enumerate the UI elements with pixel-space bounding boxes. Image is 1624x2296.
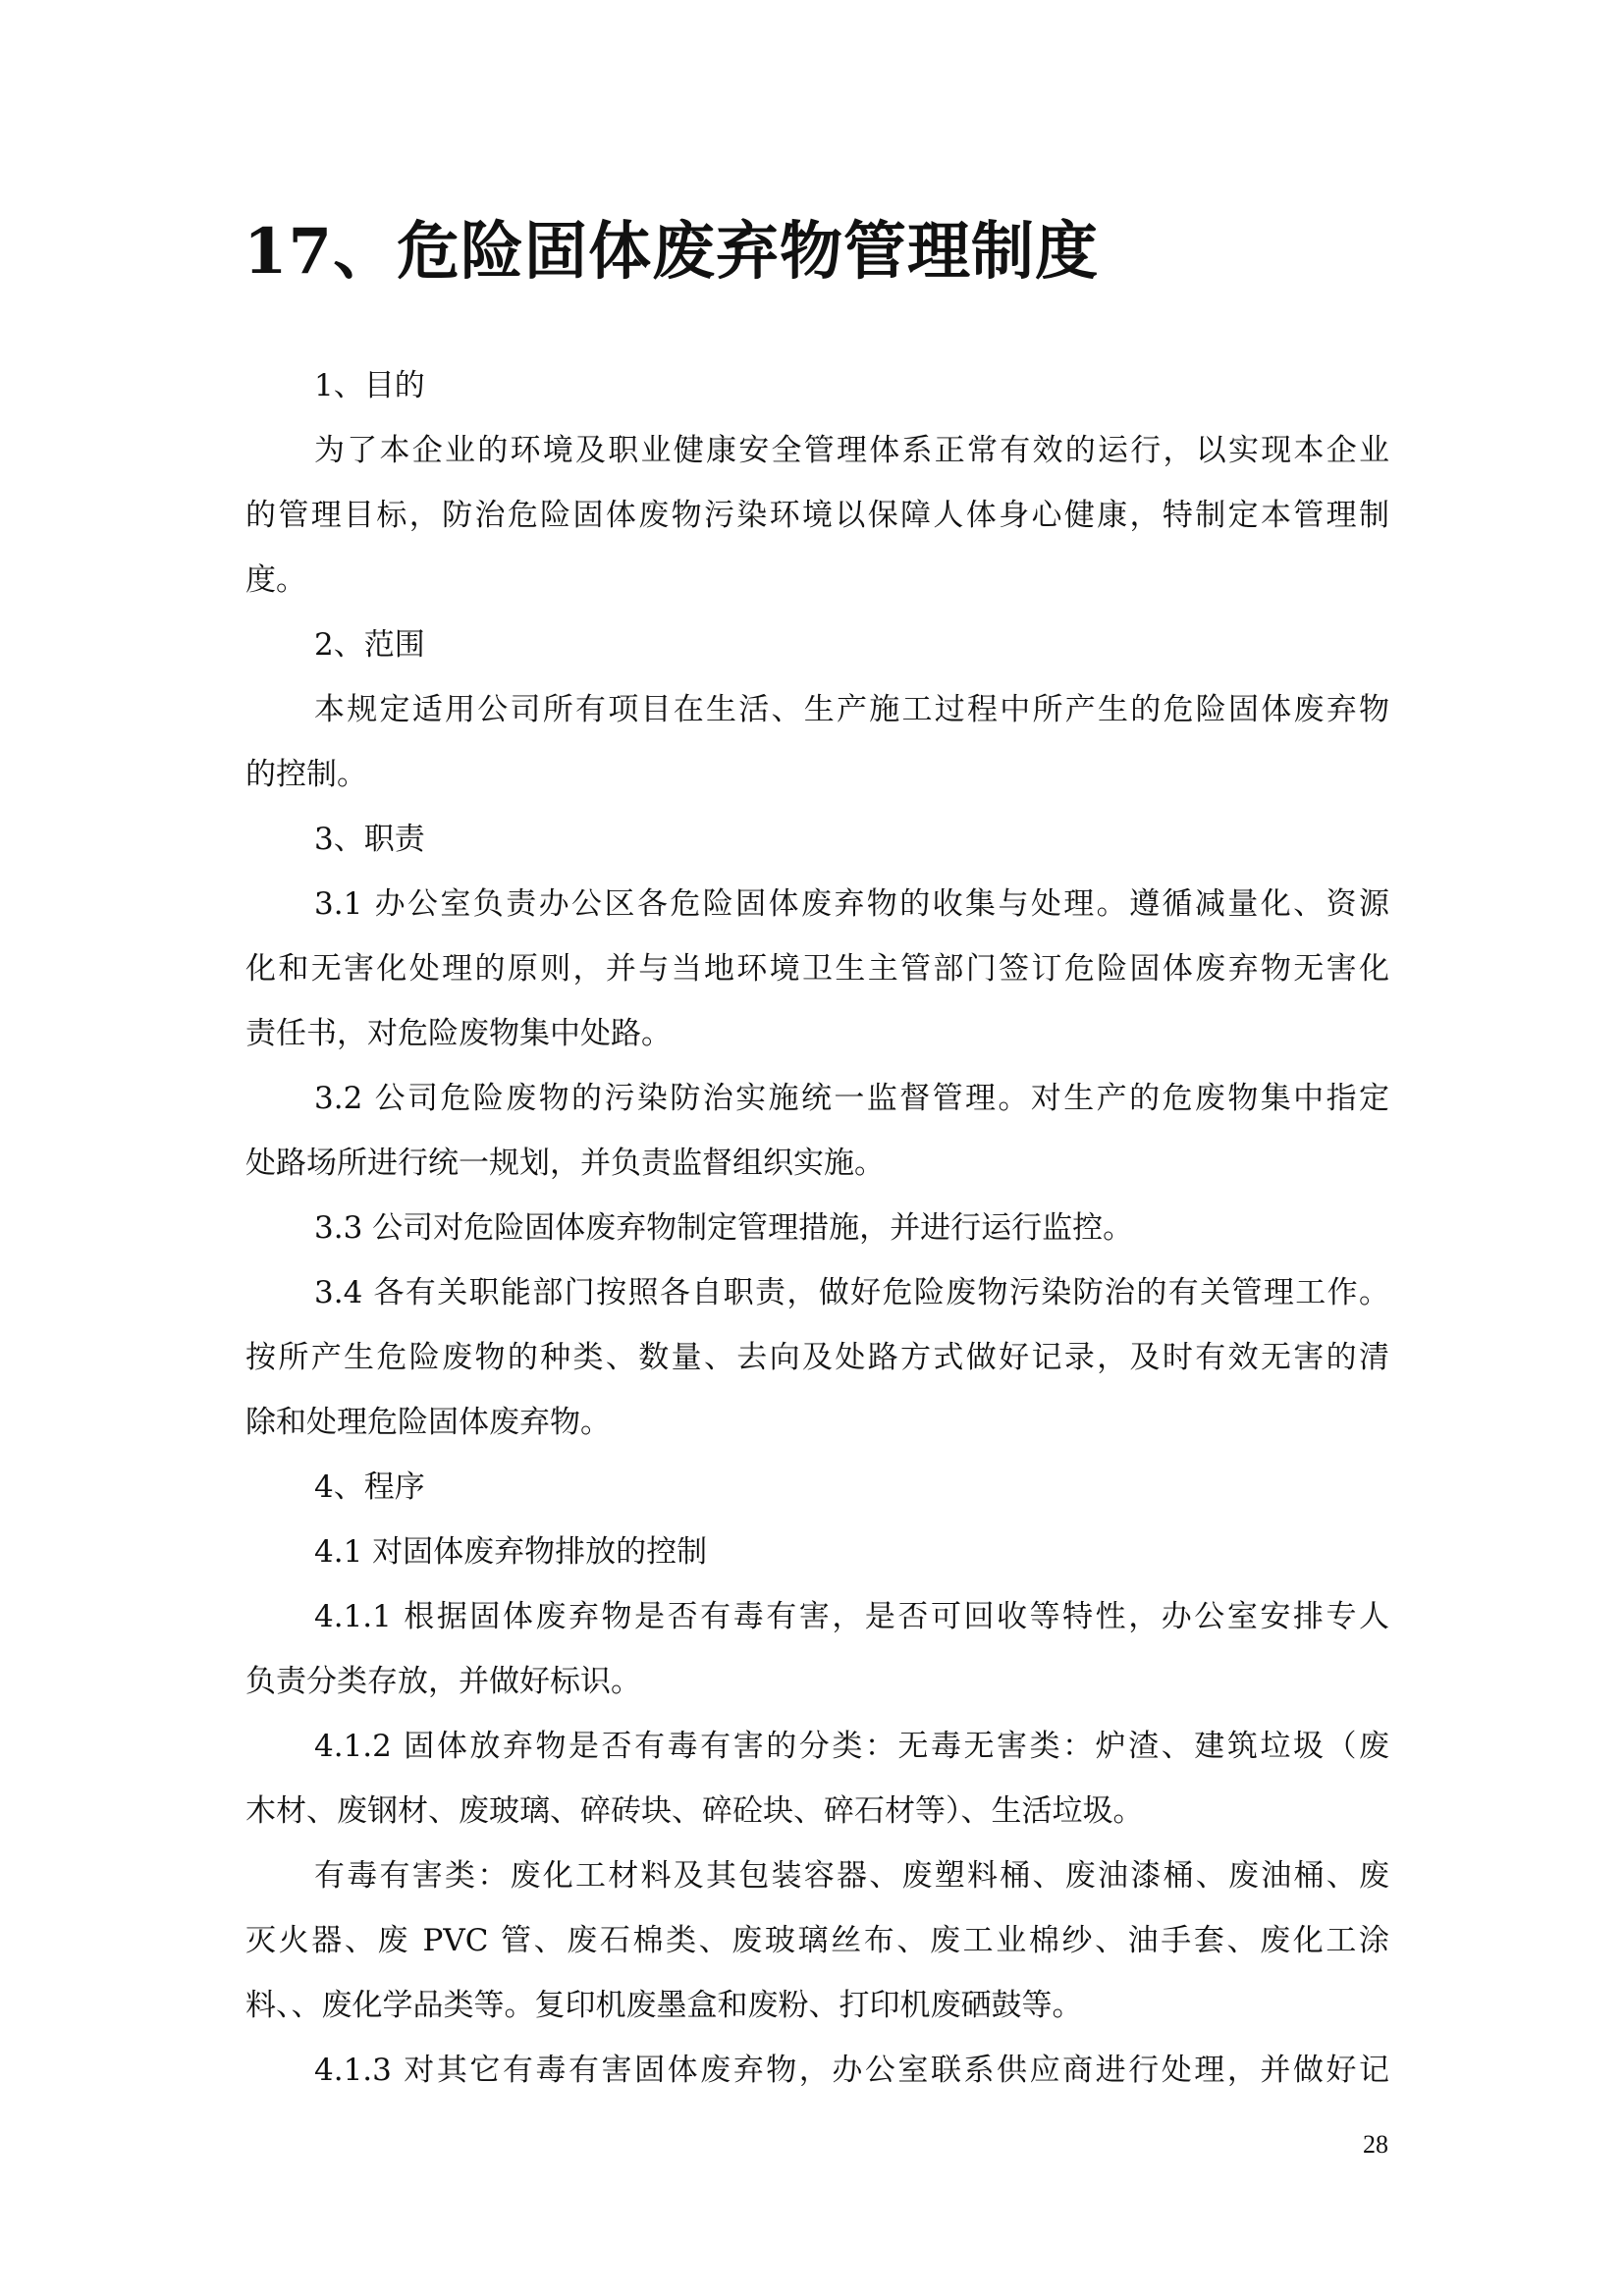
- text-line: 3.4 各有关职能部门按照各自职责，做好危险废物污染防治的有关管理工作。: [245, 1260, 1389, 1325]
- text-line: 3.1 办公室负责办公区各危险固体废弃物的收集与处理。遵循减量化、资源: [245, 872, 1389, 936]
- text-line: 4.1.2 固体放弃物是否有毒有害的分类：无毒无害类：炉渣、建筑垃圾（废: [245, 1714, 1389, 1779]
- text-line: 按所产生危险废物的种类、数量、去向及处路方式做好记录，及时有效无害的清: [245, 1325, 1389, 1390]
- page-title: 17、危险固体废弃物管理制度: [244, 208, 1099, 296]
- text-line: 木材、废钢材、废玻璃、碎砖块、碎砼块、碎石材等）、生活垃圾。: [245, 1779, 1389, 1843]
- text-line: 本规定适用公司所有项目在生活、生产施工过程中所产生的危险固体废弃物: [245, 677, 1389, 742]
- text-line: 除和处理危险固体废弃物。: [245, 1390, 1389, 1455]
- text-line: 4、程序: [245, 1455, 1389, 1520]
- text-line: 负责分类存放，并做好标识。: [245, 1649, 1389, 1714]
- text-line: 责任书，对危险废物集中处路。: [245, 1001, 1389, 1066]
- text-line: 3.3 公司对危险固体废弃物制定管理措施，并进行运行监控。: [245, 1196, 1389, 1260]
- text-line: 为了本企业的环境及职业健康安全管理体系正常有效的运行，以实现本企业: [245, 418, 1389, 483]
- text-line: 2、范围: [245, 613, 1389, 677]
- text-line: 1、目的: [245, 353, 1389, 418]
- text-line: 有毒有害类：废化工材料及其包装容器、废塑料桶、废油漆桶、废油桶、废: [245, 1843, 1389, 1908]
- document-body: 1、目的 为了本企业的环境及职业健康安全管理体系正常有效的运行，以实现本企业 的…: [245, 353, 1389, 2103]
- text-line: 灭火器、废 PVC 管、废石棉类、废玻璃丝布、废工业棉纱、油手套、废化工涂: [245, 1908, 1389, 1973]
- text-line: 4.1.3 对其它有毒有害固体废弃物，办公室联系供应商进行处理，并做好记: [245, 2038, 1389, 2103]
- text-line: 料、、废化学品类等。复印机废墨盒和废粉、打印机废硒鼓等。: [245, 1973, 1389, 2038]
- text-line: 3、职责: [245, 807, 1389, 872]
- page-number: 28: [1363, 2130, 1388, 2160]
- text-line: 化和无害化处理的原则，并与当地环境卫生主管部门签订危险固体废弃物无害化: [245, 936, 1389, 1001]
- document-page: 17、危险固体废弃物管理制度 1、目的 为了本企业的环境及职业健康安全管理体系正…: [0, 0, 1624, 2296]
- text-line: 3.2 公司危险废物的污染防治实施统一监督管理。对生产的危废物集中指定: [245, 1066, 1389, 1131]
- text-line: 4.1 对固体废弃物排放的控制: [245, 1520, 1389, 1584]
- text-line: 4.1.1 根据固体废弃物是否有毒有害，是否可回收等特性，办公室安排专人: [245, 1584, 1389, 1649]
- text-line: 处路场所进行统一规划，并负责监督组织实施。: [245, 1131, 1389, 1196]
- text-line: 的管理目标，防治危险固体废物污染环境以保障人体身心健康，特制定本管理制: [245, 483, 1389, 548]
- text-line: 度。: [245, 548, 1389, 613]
- text-line: 的控制。: [245, 742, 1389, 807]
